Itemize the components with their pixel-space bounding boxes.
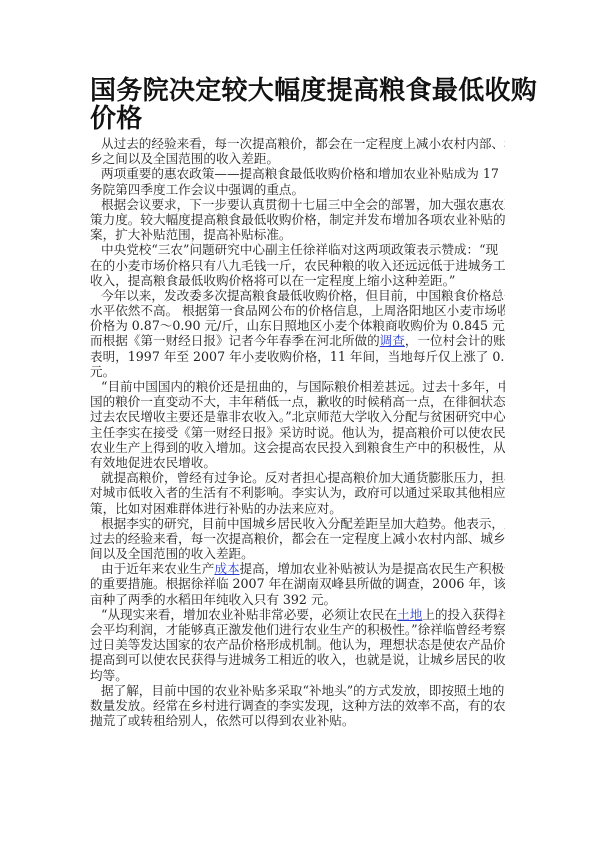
text-line: 数量发放。经常在乡村进行调查的李实发现，这种方法的效率不高，有的农民 <box>90 698 505 713</box>
text-line: 提高到可以使农民获得与进城务工相近的收入，也就是说，让城乡居民的收入 <box>90 652 505 667</box>
text-line-with-link: 由于近年来农业生产成本提高，增加农业补贴被认为是提高农民生产积极性 <box>90 561 505 576</box>
text-line: 从过去的经验来看，每一次提高粮价，都会在一定程度上减小农村内部、城 <box>90 136 505 151</box>
text-line: 案，扩大补贴范围，提高补贴标准。 <box>90 227 505 242</box>
text-line: 就提高粮价，曾经有过争论。反对者担心提高粮价加大通货膨胀压力，担心 <box>90 470 505 485</box>
text-line: 均等。 <box>90 668 505 683</box>
paragraph-8: 根据李实的研究，目前中国城乡居民收入分配差距呈加大趋势。他表示，从 过去的经验来… <box>90 516 505 562</box>
text-line: 主任李实在接受《第一财经日报》采访时说。他认为，提高粮价可以使农民从 <box>90 425 505 440</box>
paragraph-9: 由于近年来农业生产成本提高，增加农业补贴被认为是提高农民生产积极性 的重要措施。… <box>90 561 505 607</box>
text-line: 价格为 0.87～0.90 元/斤，山东日照地区小麦个体粮商收购价为 0.845… <box>90 318 505 333</box>
link-cost[interactable]: 成本 <box>214 561 239 576</box>
text-line: 策力度。较大幅度提高粮食最低收购价格，制定并发布增加各项农业补贴的方 <box>90 212 505 227</box>
text-segment: 由于近年来农业生产 <box>101 561 214 576</box>
text-segment: 而根据《第一财经日报》记者今年春季在河北所做的 <box>90 333 380 348</box>
text-line: 过去的经验来看，每一次提高粮价，都会在一定程度上减小农村内部、城乡之 <box>90 531 505 546</box>
text-line-with-link: “从现实来看，增加农业补贴非常必要，必须让农民在土地上的投入获得社 <box>90 607 505 622</box>
document-page: 国务院决定较大幅度提高粮食最低收购 价格 从过去的经验来看，每一次提高粮价，都会… <box>90 77 505 728</box>
text-line: 对城市低收入者的生活有不利影响。李实认为，政府可以通过采取其他相应政 <box>90 485 505 500</box>
paragraph-5: 今年以来，发改委多次提高粮食最低收购价格，但目前，中国粮食价格总体 水平依然不高… <box>90 288 505 379</box>
paragraph-2: 两项重要的惠农政策——提高粮食最低收购价格和增加农业补贴成为 17 日国 务院第… <box>90 166 505 196</box>
text-line: 两项重要的惠农政策——提高粮食最低收购价格和增加农业补贴成为 17 日国 <box>90 166 505 181</box>
title-line-1: 国务院决定较大幅度提高粮食最低收购 <box>90 77 505 105</box>
link-survey[interactable]: 调查 <box>380 333 405 348</box>
text-line: 表明，1997 年至 2007 年小麦收购价格，11 年间，当地每斤仅上涨了 0… <box>90 349 505 364</box>
text-segment: ，一位村会计的账本 <box>405 333 505 348</box>
text-line: 根据会议要求，下一步要认真贯彻十七届三中全会的部署，加大强农惠农政 <box>90 197 505 212</box>
paragraph-7: 就提高粮价，曾经有过争论。反对者担心提高粮价加大通货膨胀压力，担心 对城市低收入… <box>90 470 505 516</box>
text-line: 农业生产上得到的收入增加。这会提高农民投入到粮食生产中的积极性，从而 <box>90 440 505 455</box>
text-line: 抛荒了或转租给别人，依然可以得到农业补贴。 <box>90 713 505 728</box>
text-line: 元。 <box>90 364 505 379</box>
text-line: 今年以来，发改委多次提高粮食最低收购价格，但目前，中国粮食价格总体 <box>90 288 505 303</box>
link-land[interactable]: 土地 <box>397 607 422 622</box>
paragraph-6: “目前中国国内的粮价还是扭曲的，与国际粮价相差甚远。过去十多年，中 国的粮价一直… <box>90 379 505 470</box>
text-line: 间以及全国范围的收入差距。 <box>90 546 505 561</box>
text-line: 的重要措施。根据徐祥临 2007 年在湖南双峰县所做的调查，2006 年，该县一 <box>90 576 505 591</box>
text-segment: 提高，增加农业补贴被认为是提高农民生产积极性 <box>240 561 505 576</box>
article-title: 国务院决定较大幅度提高粮食最低收购 价格 <box>90 77 505 133</box>
paragraph-3: 根据会议要求，下一步要认真贯彻十七届三中全会的部署，加大强农惠农政 策力度。较大… <box>90 197 505 243</box>
text-segment: “从现实来看，增加农业补贴非常必要，必须让农民在 <box>101 607 397 622</box>
title-line-2: 价格 <box>90 105 505 133</box>
text-line-with-link: 而根据《第一财经日报》记者今年春季在河北所做的调查，一位村会计的账本 <box>90 333 505 348</box>
text-line: 收入，提高粮食最低收购价格将可以在一定程度上缩小这种差距。” <box>90 273 505 288</box>
text-line: 中央党校“三农”问题研究中心副主任徐祥临对这两项政策表示赞成：“现 <box>90 242 505 257</box>
text-line: “目前中国国内的粮价还是扭曲的，与国际粮价相差甚远。过去十多年，中 <box>90 379 505 394</box>
text-segment: 上的投入获得社 <box>422 607 505 622</box>
text-line: 策，比如对困难群体进行补贴的办法来应对。 <box>90 501 505 516</box>
text-line: 会平均利润，才能够真正激发他们进行农业生产的积极性。”徐祥临曾经考察 <box>90 622 505 637</box>
text-line: 乡之间以及全国范围的收入差距。 <box>90 151 505 166</box>
paragraph-11: 据了解，目前中国的农业补贴多采取“补地头”的方式发放，即按照土地的 数量发放。经… <box>90 683 505 729</box>
text-line: 国的粮价一直变动不大，丰年稍低一点，歉收的时候稍高一点，在徘徊状态。 <box>90 394 505 409</box>
text-line: 务院第四季度工作会议中强调的重点。 <box>90 182 505 197</box>
text-line: 有效地促进农民增收。 <box>90 455 505 470</box>
paragraph-4: 中央党校“三农”问题研究中心副主任徐祥临对这两项政策表示赞成：“现 在的小麦市场… <box>90 242 505 288</box>
paragraph-10: “从现实来看，增加农业补贴非常必要，必须让农民在土地上的投入获得社 会平均利润，… <box>90 607 505 683</box>
text-line: 亩种了两季的水稻田年纯收入只有 392 元。 <box>90 592 505 607</box>
text-line: 过去农民增收主要还是靠非农收入。”北京师范大学收入分配与贫困研究中心 <box>90 409 505 424</box>
text-line: 水平依然不高。 根据第一食品网公布的价格信息，上周洛阳地区小麦市场收购 <box>90 303 505 318</box>
paragraph-1: 从过去的经验来看，每一次提高粮价，都会在一定程度上减小农村内部、城 乡之间以及全… <box>90 136 505 166</box>
text-line: 在的小麦市场价格只有八九毛钱一斤，农民种粮的收入还远远低于进城务工的 <box>90 258 505 273</box>
text-line: 根据李实的研究，目前中国城乡居民收入分配差距呈加大趋势。他表示，从 <box>90 516 505 531</box>
text-line: 过日美等发达国家的农产品价格形成机制。他认为，理想状态是使农产品价格 <box>90 637 505 652</box>
text-line: 据了解，目前中国的农业补贴多采取“补地头”的方式发放，即按照土地的 <box>90 683 505 698</box>
